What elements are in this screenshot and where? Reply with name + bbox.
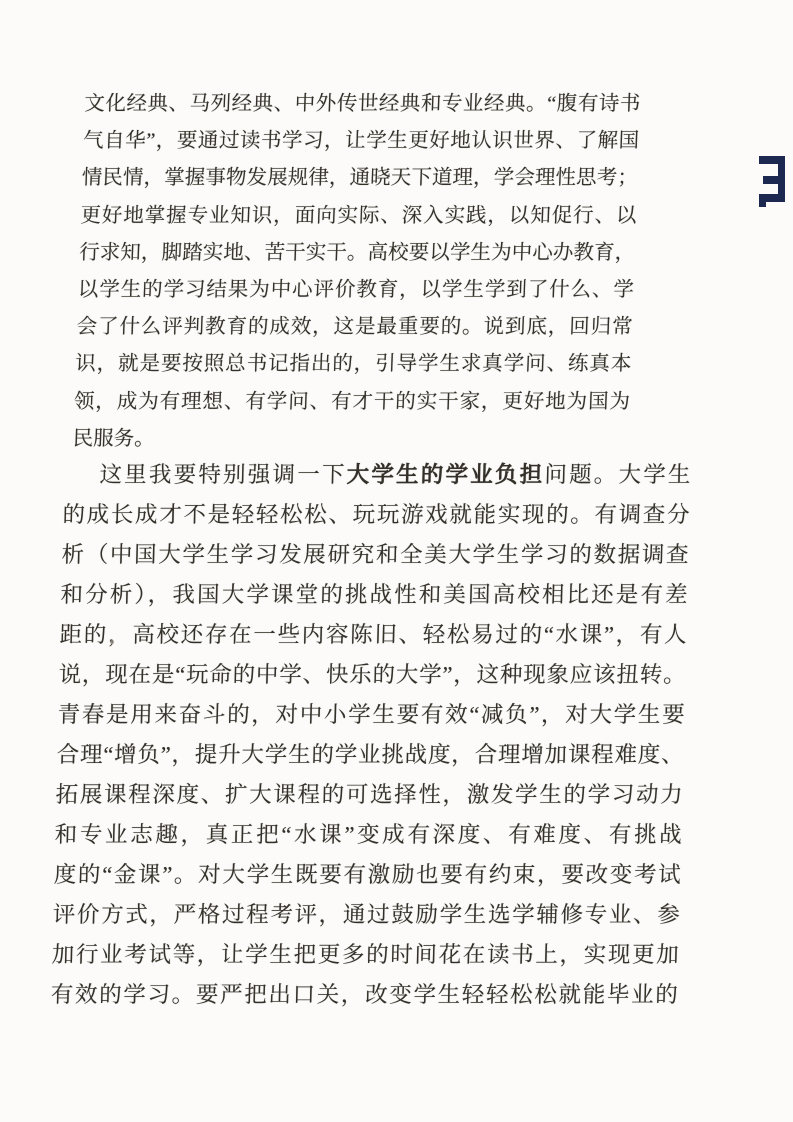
text-segment: 更好地掌握专业知识，面向实际、深入实践，以知促行、以 [80, 205, 637, 227]
text-line: 气自华”，要通过读书学习，让学生更好地认识世界、了解国 [82, 123, 639, 160]
text-line: 析（中国大学生学习发展研究和全美大学生学习的数据调查 [61, 535, 689, 575]
text-line: 以学生的学习结果为中心评价教育，以学生学到了什么、学 [77, 272, 634, 309]
text-segment: 问题。大学生 [544, 462, 691, 487]
text-segment: 领，成为有理想、有学问、有才干的实干家，更好地为国为 [74, 391, 631, 413]
text-segment: 识，就是要按照总书记指出的，引导学生求真学问、练真本 [75, 353, 632, 375]
text-line: 有效的学习。要严把出口关，改变学生轻轻松松就能毕业的 [50, 975, 678, 1015]
text-segment: 青春是用来奋斗的，对中小学生要有效“减负”，对大学生要 [57, 702, 685, 727]
text-segment: 以学生的学习结果为中心评价教育，以学生学到了什么、学 [77, 279, 634, 301]
text-segment: 评价方式，严格过程考评，通过鼓励学生选学辅修专业、参 [52, 902, 680, 927]
text-line: 文化经典、马列经典、中外传世经典和专业经典。“腹有诗书 [84, 86, 641, 123]
text-line: 民服务。 [72, 421, 629, 458]
text-line: 拓展课程深度、扩大课程的可选择性，激发学生的学习动力 [55, 775, 683, 815]
mirrored-e-shape [759, 156, 785, 207]
text-line: 领，成为有理想、有学问、有才干的实干家，更好地为国为 [73, 384, 630, 421]
text-line: 说，现在是“玩命的中学、快乐的大学”，这种现象应该扭转。 [58, 655, 686, 695]
text-line: 和分析），我国大学课堂的挑战性和美国高校相比还是有差 [60, 575, 688, 615]
text-line: 行求知，脚踏实地、苦干实干。高校要以学生为中心办教育， [79, 235, 636, 272]
emphasis-bold-text: 大学生的学业负担 [346, 462, 544, 487]
text-segment: 析（中国大学生学习发展研究和全美大学生学习的数据调查 [61, 542, 689, 567]
text-segment: 度的“金课”。对大学生既要有激励也要有约束，要改变考试 [53, 862, 681, 887]
text-segment: 气自华”，要通过读书学习，让学生更好地认识世界、了解国 [83, 130, 640, 152]
text-segment: 情民情，掌握事物发展规律，通晓天下道理，学会理性思考； [81, 167, 638, 189]
text-line: 识，就是要按照总书记指出的，引导学生求真学问、练真本 [75, 346, 632, 383]
text-segment: 和专业志趣，真正把“水课”变成有深度、有难度、有挑战 [54, 822, 682, 847]
text-line: 这里我要特别强调一下大学生的学业负担问题。大学生 [63, 455, 691, 495]
text-line: 更好地掌握专业知识，面向实际、深入实践，以知促行、以 [80, 198, 637, 235]
text-segment: 这里我要特别强调一下 [99, 462, 347, 487]
text-segment: 距的，高校还存在一些内容陈旧、轻松易过的“水课”，有人 [59, 622, 687, 647]
paragraph-1: 文化经典、马列经典、中外传世经典和专业经典。“腹有诗书气自华”，要通过读书学习，… [72, 86, 641, 458]
text-segment: 有效的学习。要严把出口关，改变学生轻轻松松就能毕业的 [51, 982, 679, 1007]
text-line: 的成长成才不是轻轻松松、玩玩游戏就能实现的。有调查分 [62, 495, 690, 535]
text-segment: 文化经典、马列经典、中外传世经典和专业经典。“腹有诗书 [84, 93, 641, 115]
scan-speck [110, 640, 114, 644]
text-segment: 的成长成才不是轻轻松松、玩玩游戏就能实现的。有调查分 [62, 502, 690, 527]
text-segment: 行求知，脚踏实地、苦干实干。高校要以学生为中心办教育， [79, 242, 636, 264]
text-line: 加行业考试等，让学生把更多的时间花在读书上，实现更加 [51, 935, 679, 975]
text-segment: 民服务。 [72, 428, 155, 450]
text-line: 度的“金课”。对大学生既要有激励也要有约束，要改变考试 [53, 855, 681, 895]
text-segment: 说，现在是“玩命的中学、快乐的大学”，这种现象应该扭转。 [58, 662, 686, 687]
scanned-page: 文化经典、马列经典、中外传世经典和专业经典。“腹有诗书气自华”，要通过读书学习，… [0, 0, 793, 1122]
text-segment: 拓展课程深度、扩大课程的可选择性，激发学生的学习动力 [55, 782, 683, 807]
text-line: 距的，高校还存在一些内容陈旧、轻松易过的“水课”，有人 [59, 615, 687, 655]
text-line: 合理“增负”，提升大学生的学业挑战度，合理增加课程难度、 [56, 735, 684, 775]
text-line: 评价方式，严格过程考评，通过鼓励学生选学辅修专业、参 [52, 895, 680, 935]
text-segment: 和分析），我国大学课堂的挑战性和美国高校相比还是有差 [60, 582, 688, 607]
text-line: 青春是用来奋斗的，对中小学生要有效“减负”，对大学生要 [57, 695, 685, 735]
text-segment: 加行业考试等，让学生把更多的时间花在读书上，实现更加 [51, 942, 679, 967]
paragraph-2: 这里我要特别强调一下大学生的学业负担问题。大学生的成长成才不是轻轻松松、玩玩游戏… [50, 455, 691, 1015]
text-line: 情民情，掌握事物发展规律，通晓天下道理，学会理性思考； [81, 160, 638, 197]
text-line: 和专业志趣，真正把“水课”变成有深度、有难度、有挑战 [54, 815, 682, 855]
text-segment: 会了什么评判教育的成效，这是最重要的。说到底，回归常 [76, 316, 633, 338]
mirrored-e-mark-icon [757, 154, 786, 209]
text-line: 会了什么评判教育的成效，这是最重要的。说到底，回归常 [76, 309, 633, 346]
text-segment: 合理“增负”，提升大学生的学业挑战度，合理增加课程难度、 [56, 742, 684, 767]
